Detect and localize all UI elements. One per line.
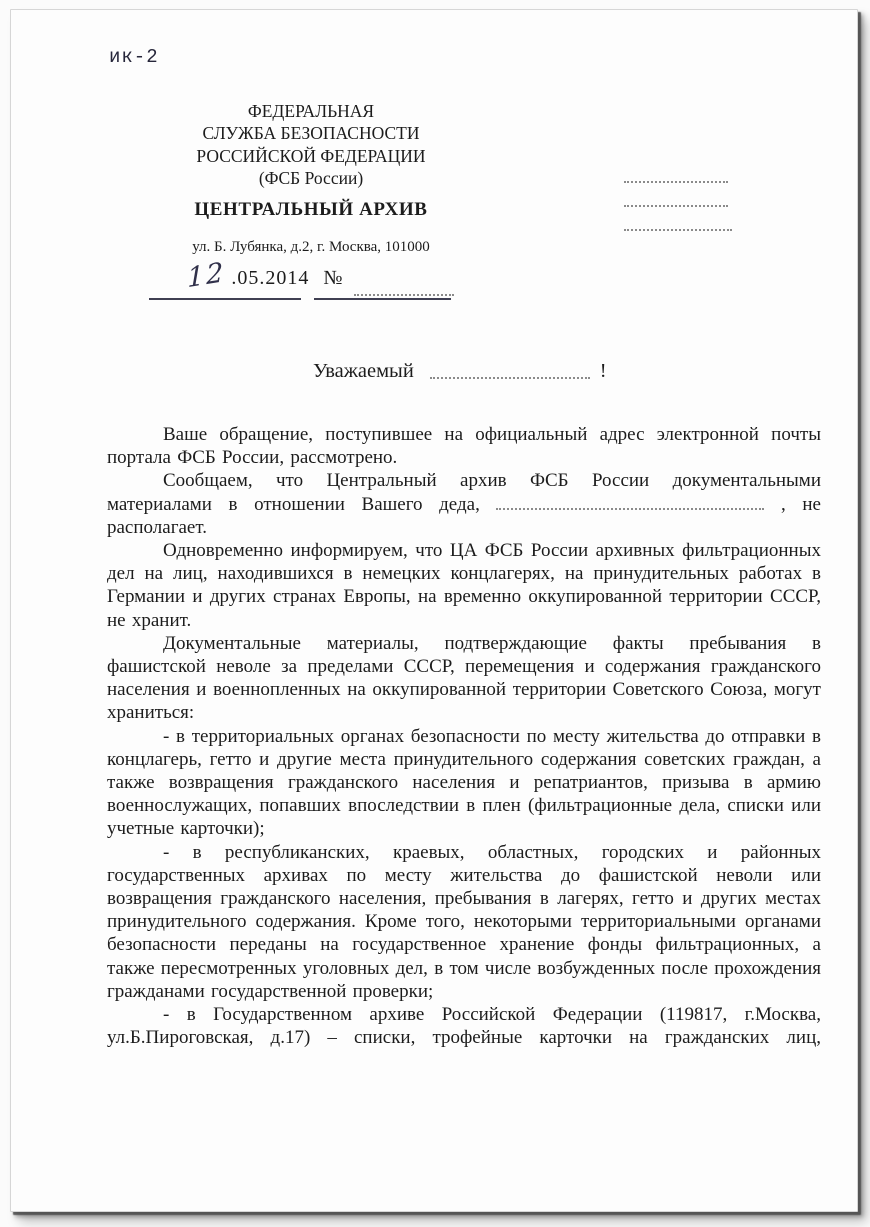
org-address: ул. Б. Лубянка, д.2, г. Москва, 101000 [151,238,471,256]
fill-in-blank-line [496,497,764,510]
addressee-name-blank-line [430,377,590,379]
date-underline [149,298,301,300]
number-underline [314,298,451,300]
org-name-abbrev: (ФСБ России) [151,167,471,189]
salutation-line: Уважаемый ! [313,360,607,383]
body-paragraph: Сообщаем, что Центральный архив ФСБ Росс… [107,469,821,539]
form-code: ик-2 [109,46,159,68]
salutation-prefix: Уважаемый [313,360,414,383]
letter-body: Ваше обращение, поступившее на официальн… [107,423,821,1049]
letterhead: ФЕДЕРАЛЬНАЯ СЛУЖБА БЕЗОПАСНОСТИ РОССИЙСК… [151,100,471,256]
org-name-line-3: РОССИЙСКОЙ ФЕДЕРАЦИИ [151,145,471,167]
reference-blank-line [624,181,728,183]
body-paragraph: - в территориальных органах безопасности… [107,725,821,841]
org-name-line-1: ФЕДЕРАЛЬНАЯ [151,100,471,122]
number-sign: № [323,267,342,290]
reference-blank-lines [624,181,728,231]
date-line: 12 .05.2014 № [149,262,454,302]
body-paragraph: Документальные материалы, подтверждающие… [107,632,821,725]
body-paragraph: Одновременно информируем, что ЦА ФСБ Рос… [107,539,821,632]
printed-date: .05.2014 [231,267,309,290]
document-number-blank-line [354,294,454,296]
org-name-line-2: СЛУЖБА БЕЗОПАСНОСТИ [151,122,471,144]
body-paragraph: - в республиканских, краевых, областных,… [107,841,821,1003]
reference-blank-line [624,229,732,231]
document-page: ик-2 ФЕДЕРАЛЬНАЯ СЛУЖБА БЕЗОПАСНОСТИ РОС… [10,9,858,1212]
salutation-exclamation: ! [600,360,607,383]
reference-blank-line [624,205,728,207]
body-paragraph: Ваше обращение, поступившее на официальн… [107,423,821,469]
body-paragraph: - в Государственном архиве Российской Фе… [107,1003,821,1049]
department-name: ЦЕНТРАЛЬНЫЙ АРХИВ [151,199,471,221]
handwritten-day: 12 [187,259,225,292]
